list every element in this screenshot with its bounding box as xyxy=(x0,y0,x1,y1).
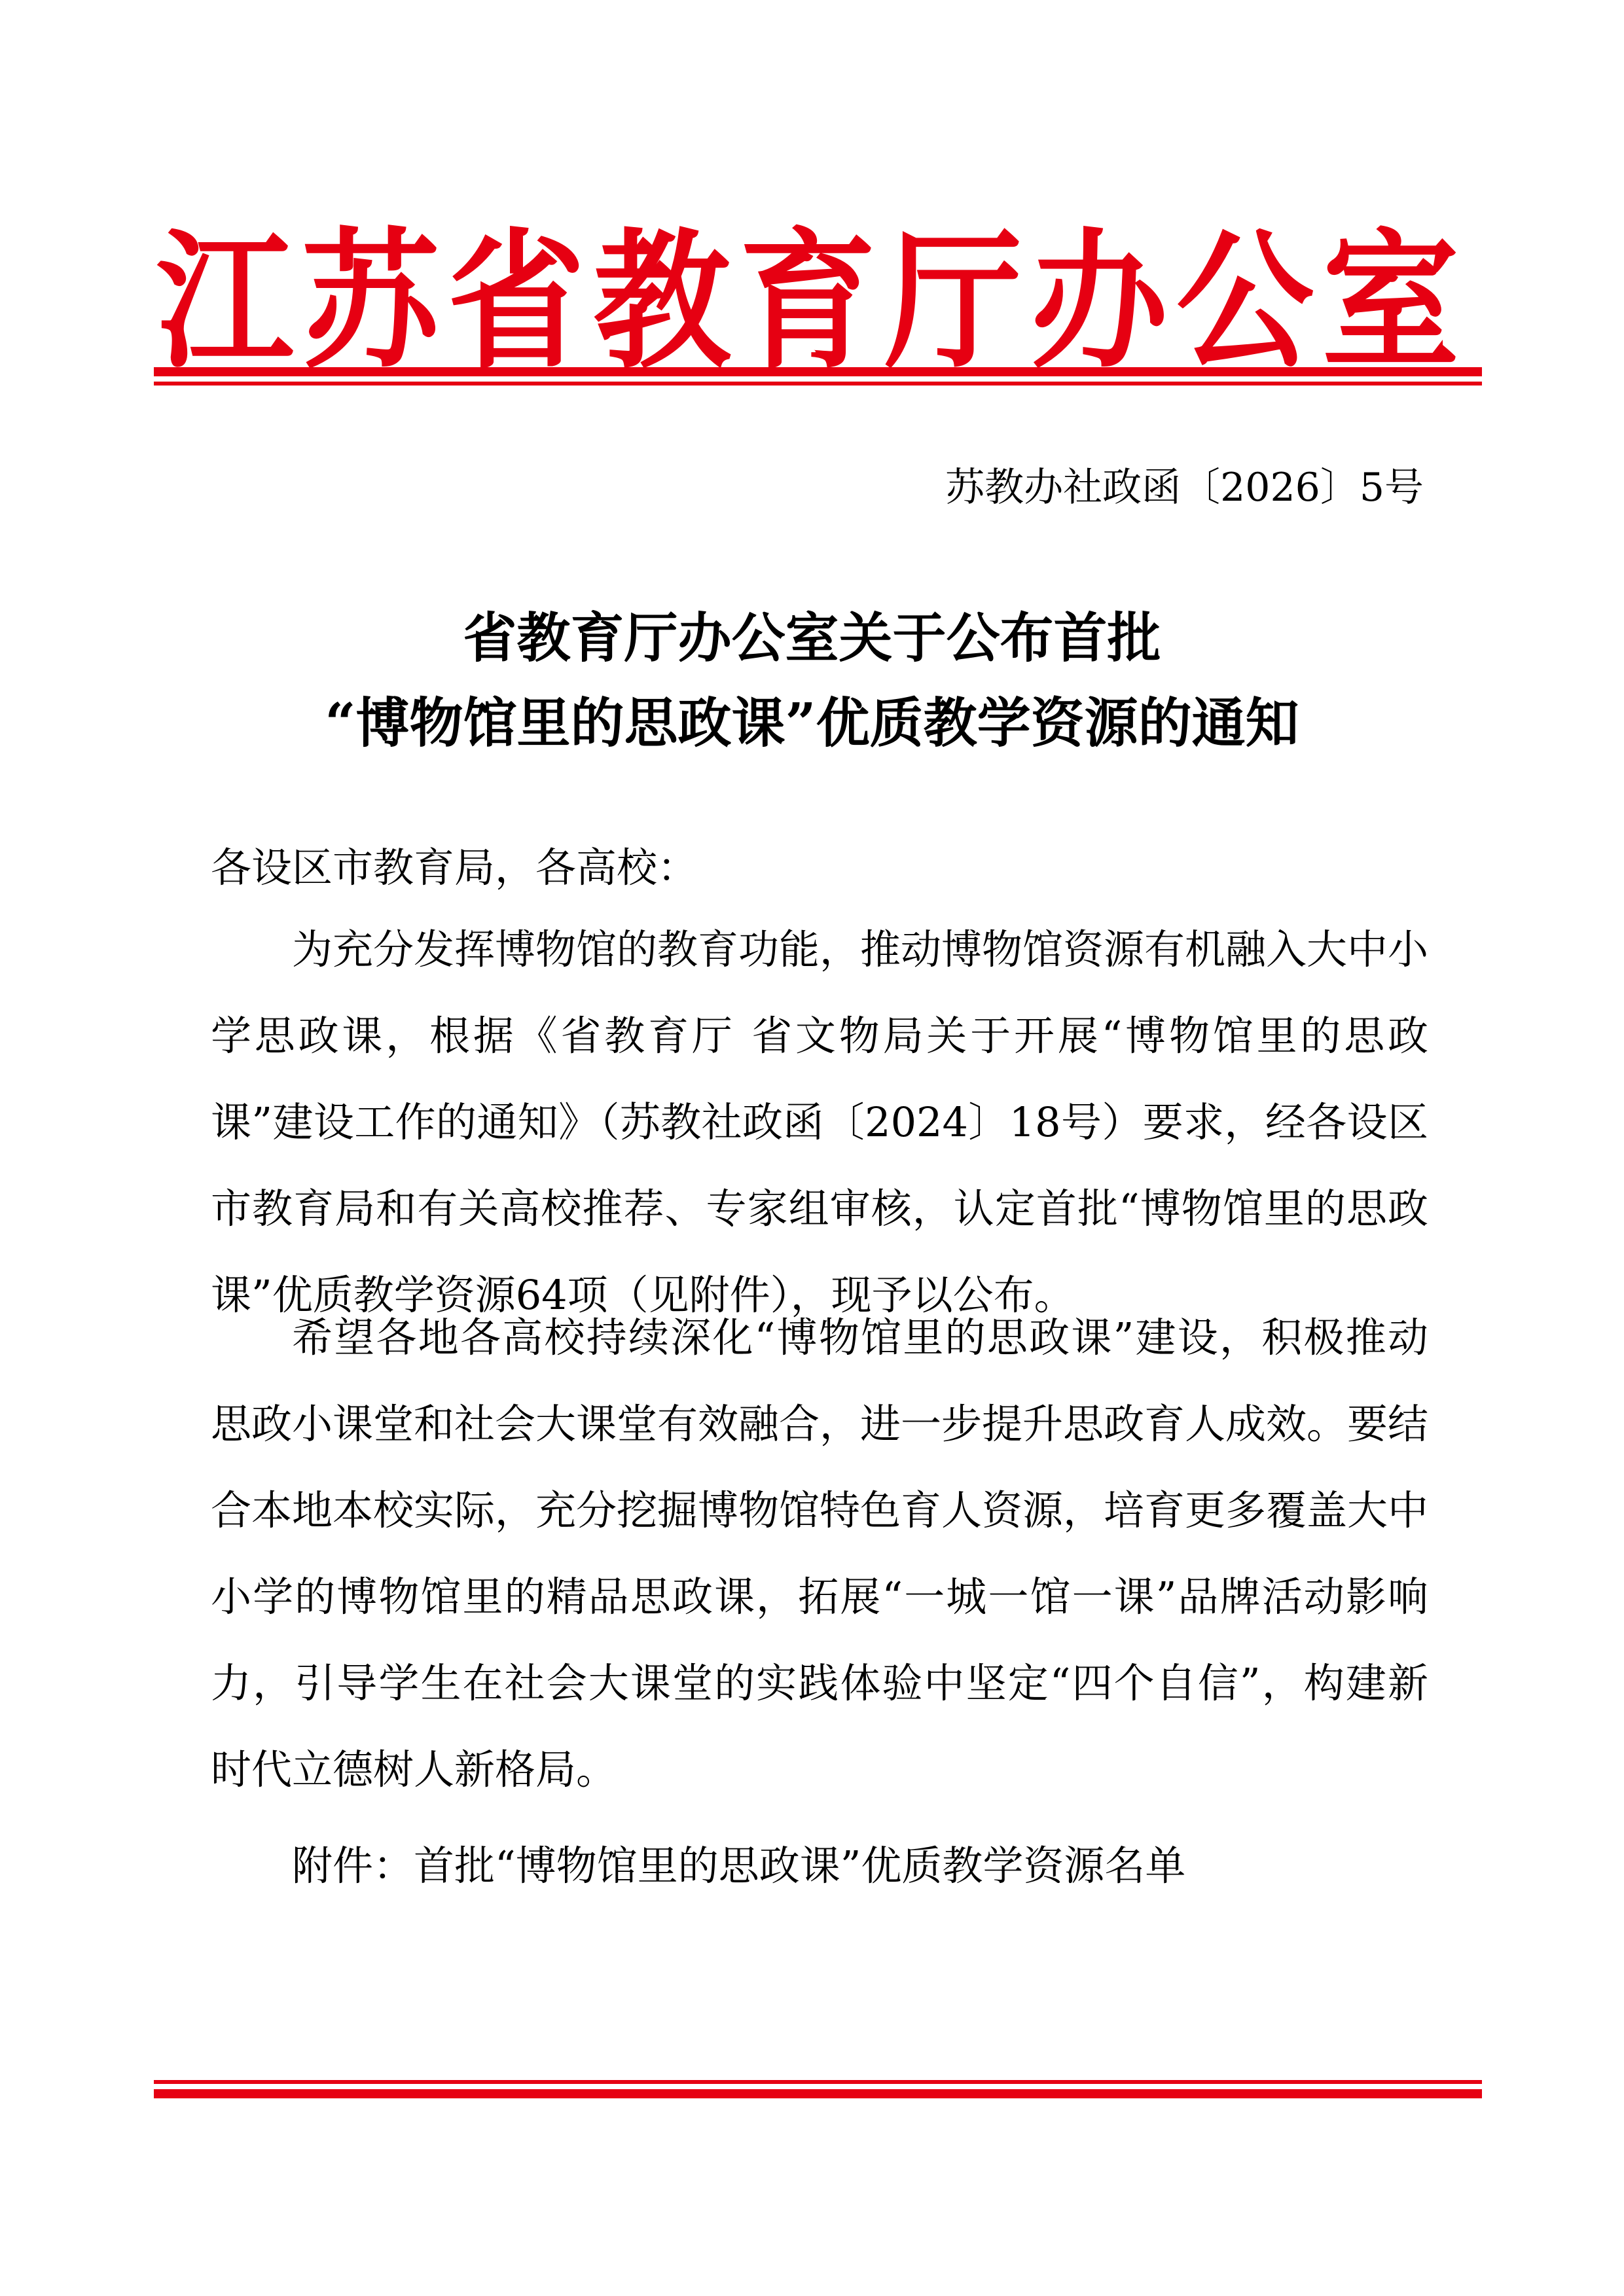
footer-rule-thin xyxy=(154,2080,1482,2084)
issuer-masthead: 江苏省教育厅办公室 xyxy=(65,216,1559,386)
body-paragraph-2: 希望各地各高校持续深化“博物馆里的思政课”建设，积极推动思政小课堂和社会大课堂有… xyxy=(211,1295,1428,1813)
footer-rule-thick xyxy=(154,2089,1482,2098)
header-rule-thin xyxy=(154,382,1482,386)
salutation: 各设区市教育局，各高校： xyxy=(211,825,1428,911)
document-number: 苏教办社政函〔2026〕5号 xyxy=(945,458,1424,517)
body-paragraph-1: 为充分发挥博物馆的教育功能，推动博物馆资源有机融入大中小学思政课，根据《省教育厅… xyxy=(211,906,1428,1338)
document-title-line1: 省教育厅办公室关于公布首批 xyxy=(0,599,1624,677)
attachment-line: 附件：首批“博物馆里的思政课”优质教学资源名单 xyxy=(211,1823,1428,1909)
document-title-line2: “博物馆里的思政课”优质教学资源的通知 xyxy=(0,684,1624,762)
header-rule-thick xyxy=(154,367,1482,376)
